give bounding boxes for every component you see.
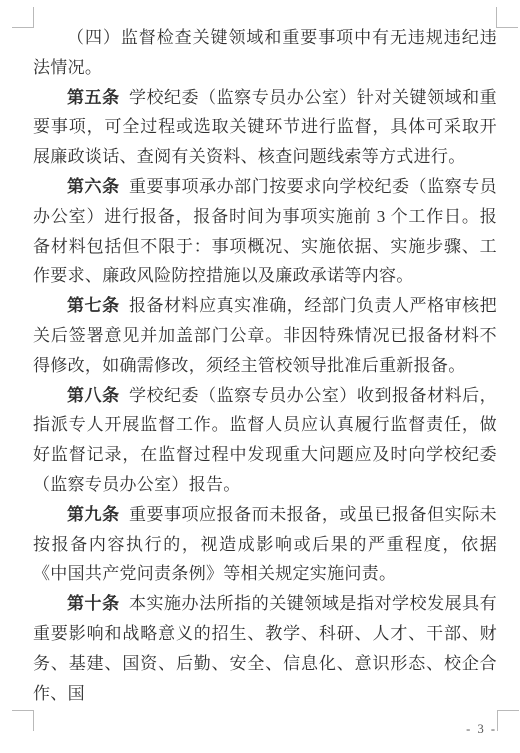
document-page: （四）监督检查关键领域和重要事项中有无违规违纪违法情况。 第五条学校纪委（监察专… xyxy=(0,0,520,753)
paragraph-article-5: 第五条学校纪委（监察专员办公室）针对关键领域和重要事项，可全过程或选取关键环节进… xyxy=(33,83,497,172)
text-boundary-mark-top-right xyxy=(496,7,518,28)
text-boundary-mark-bottom-left xyxy=(12,710,34,731)
paragraph-article-10: 第十条本实施办法所指的关键领域是指对学校发展具有重要影响和战略意义的招生、教学、… xyxy=(33,589,497,708)
paragraph-article-8: 第八条学校纪委（监察专员办公室）收到报备材料后，指派专人开展监督工作。监督人员应… xyxy=(33,381,497,500)
paragraph-article-6: 第六条重要事项承办部门按要求向学校纪委（监察专员办公室）进行报备，报备时间为事项… xyxy=(33,172,497,291)
article-number-label: 第六条 xyxy=(67,177,120,196)
article-number-label: 第五条 xyxy=(67,88,120,107)
article-number-label: 第七条 xyxy=(67,296,120,315)
paragraph-article-7: 第七条报备材料应真实准确，经部门负责人严格审核把关后签署意见并加盖部门公章。非因… xyxy=(33,291,497,380)
article-number-label: 第十条 xyxy=(67,594,120,613)
paragraph-article-9: 第九条重要事项应报备而未报备，或虽已报备但实际未按报备内容执行的，视造成影响或后… xyxy=(33,500,497,589)
text-boundary-mark-top-left xyxy=(12,7,34,28)
text-boundary-mark-bottom-right xyxy=(497,710,519,731)
article-number-label: 第九条 xyxy=(67,505,120,524)
paragraph-item-4: （四）监督检查关键领域和重要事项中有无违规违纪违法情况。 xyxy=(33,23,497,83)
page-number: - 3 - xyxy=(466,722,497,737)
document-body: （四）监督检查关键领域和重要事项中有无违规违纪违法情况。 第五条学校纪委（监察专… xyxy=(33,23,497,708)
article-number-label: 第八条 xyxy=(67,386,120,405)
paragraph-text: （四）监督检查关键领域和重要事项中有无违规违纪违法情况。 xyxy=(33,28,497,77)
